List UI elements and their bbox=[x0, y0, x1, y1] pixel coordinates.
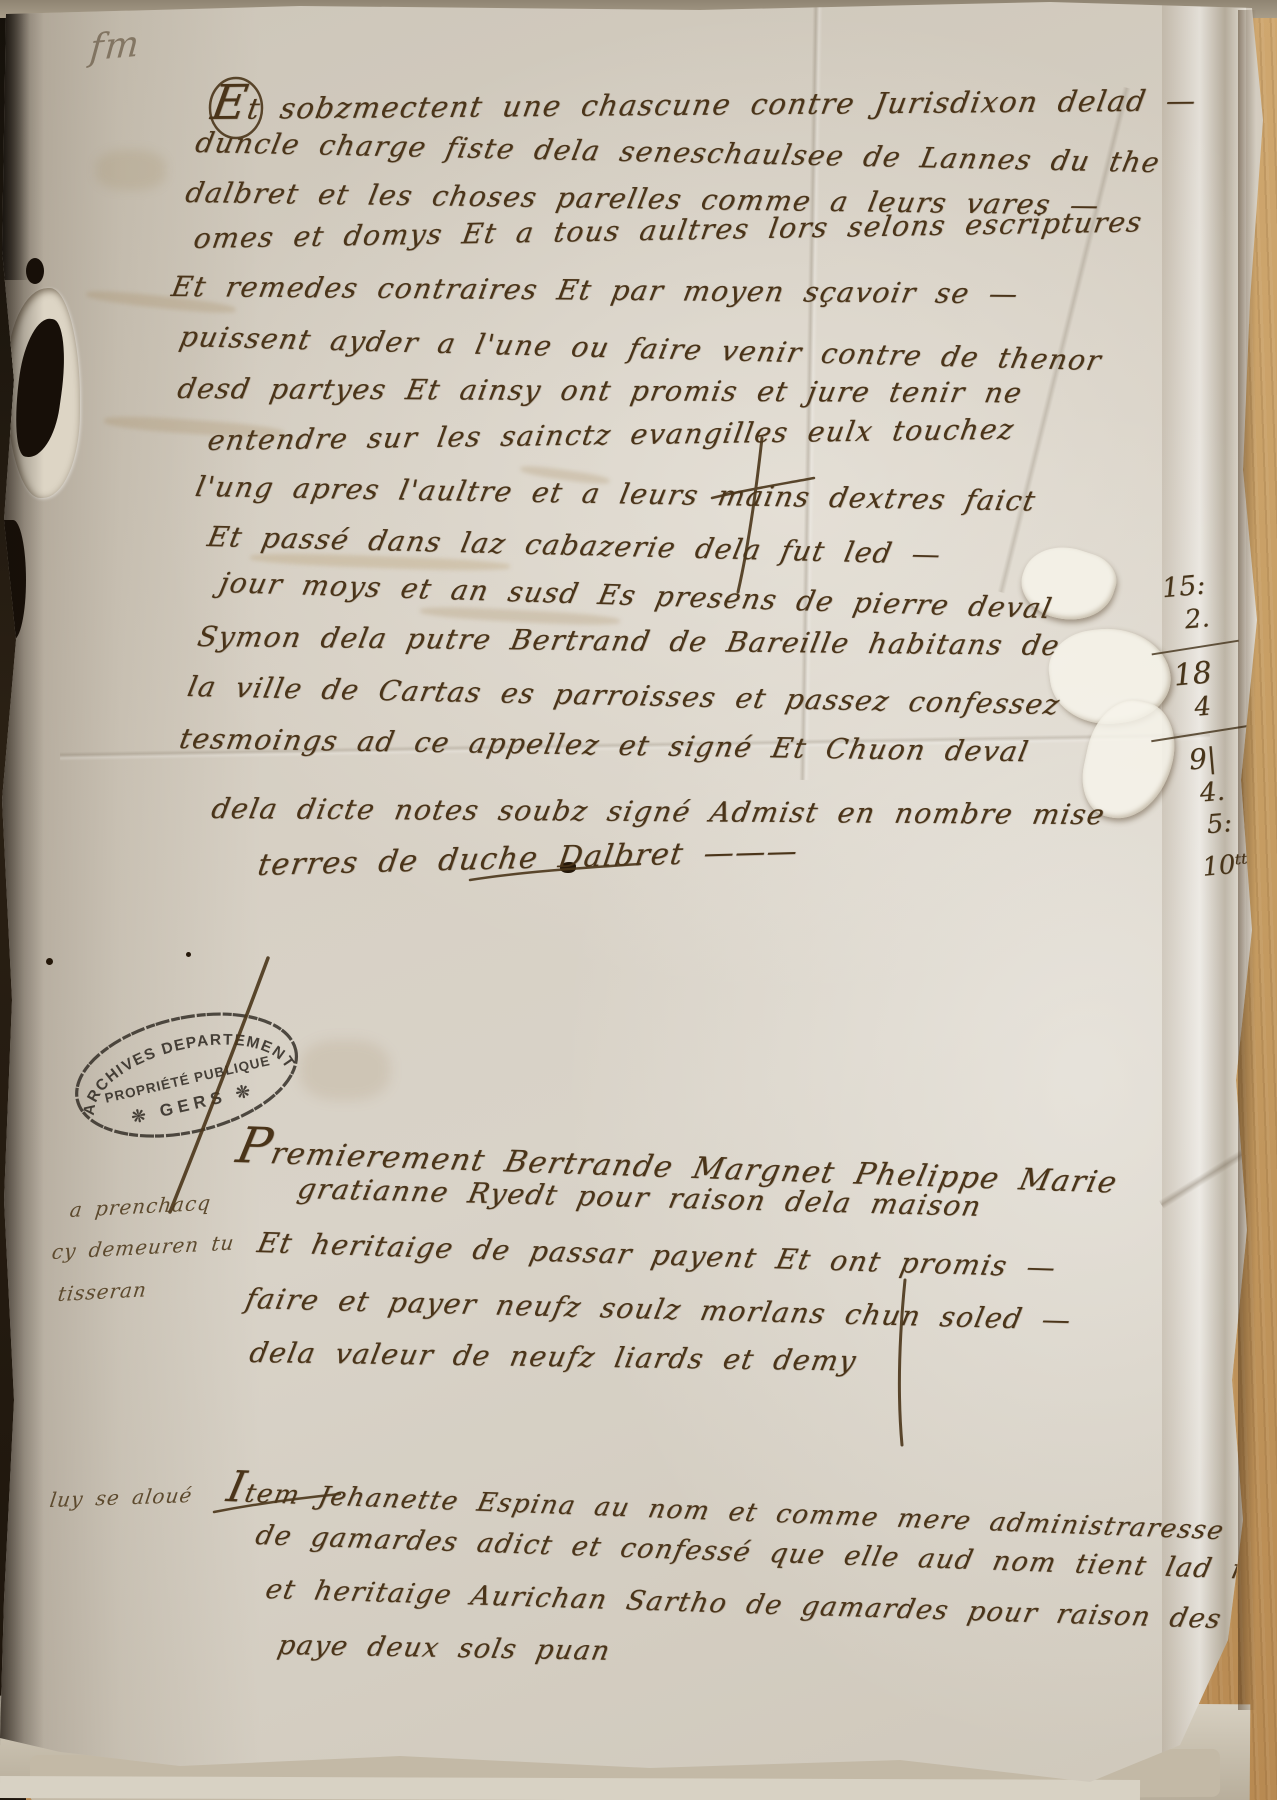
sum-line bbox=[1151, 725, 1250, 743]
account-value: 18 bbox=[1172, 655, 1213, 693]
photo-canvas: fm Et sobzmectent une chascune contre Ju… bbox=[0, 0, 1277, 1800]
account-value: 15: bbox=[1161, 570, 1207, 605]
margin-note-line: tisseran bbox=[57, 1277, 149, 1306]
text-line: paye deux sols puan bbox=[275, 1630, 613, 1667]
account-value: 4 bbox=[1193, 691, 1212, 722]
ink-speck-1 bbox=[46, 958, 53, 965]
bleed-mark-6 bbox=[96, 150, 166, 190]
text-line: puissent ayder a l'une ou faire venir co… bbox=[177, 320, 1105, 377]
margin-note-line: cy demeuren tu bbox=[51, 1230, 236, 1264]
account-value: 5: bbox=[1205, 808, 1233, 840]
text-line: l'ung apres l'aultre et a leurs mains de… bbox=[193, 470, 1039, 518]
account-value: 2. bbox=[1183, 603, 1210, 635]
text-line: tesmoings ad ce appellez et signé Et Chu… bbox=[177, 722, 1032, 768]
sum-line bbox=[1152, 640, 1239, 656]
account-value: 10ᵗᵗ bbox=[1201, 849, 1249, 883]
text-line: et heritaige Aurichan Sartho de gamardes… bbox=[263, 1574, 1277, 1640]
text-line: Et remedes contraires Et par moyen sçavo… bbox=[169, 270, 1022, 310]
text-line: faire et payer neufz soulz morlans chun … bbox=[243, 1282, 1075, 1336]
ink-speck-2 bbox=[186, 952, 191, 957]
text-line: omes et domys Et a tous aultres lors sel… bbox=[191, 205, 1145, 255]
account-value: 9| bbox=[1188, 741, 1218, 776]
under-sheet-bottom-3 bbox=[0, 1776, 1140, 1800]
text-line: desd partyes Et ainsy ont promis et jure… bbox=[175, 372, 1025, 409]
text-line: entendre sur les sainctz evangilles eulx… bbox=[205, 413, 1017, 457]
text-line: la ville de Cartas es parroisses et pass… bbox=[185, 670, 1064, 721]
cross-stroke bbox=[738, 438, 762, 592]
right-band-crease bbox=[1159, 1121, 1277, 1209]
text-line: Symon dela putre Bertrand de Bareille ha… bbox=[195, 620, 1063, 662]
text-line: jour moys et an susd Es presens de pierr… bbox=[217, 566, 1056, 625]
text-line: duncle charge fiste dela seneschaulsee d… bbox=[193, 126, 1164, 179]
text-line: Et heritaige de passar payent Et ont pro… bbox=[255, 1226, 1060, 1284]
text-line: dela valeur de neufz liards et demy bbox=[247, 1336, 860, 1377]
margin-note-aloue: luy se aloué bbox=[48, 1483, 194, 1512]
text-line: terres de duche Dalbret ——— bbox=[255, 834, 801, 883]
manuscript-page: fm Et sobzmectent une chascune contre Ju… bbox=[0, 0, 1277, 1800]
folio-mark: fm bbox=[88, 23, 142, 69]
small-hole bbox=[26, 258, 44, 284]
margin-note-line: a prenchacq bbox=[69, 1191, 213, 1223]
text-line: Et sobzmectent une chascune contre Juris… bbox=[207, 67, 1202, 131]
account-column: 15: 2. 18 4 9| 4. 5: 10ᵗᵗ bbox=[1136, 556, 1274, 894]
text-line: dela dicte notes soubz signé Admist en n… bbox=[209, 792, 1108, 831]
account-value: 4. bbox=[1199, 777, 1226, 809]
